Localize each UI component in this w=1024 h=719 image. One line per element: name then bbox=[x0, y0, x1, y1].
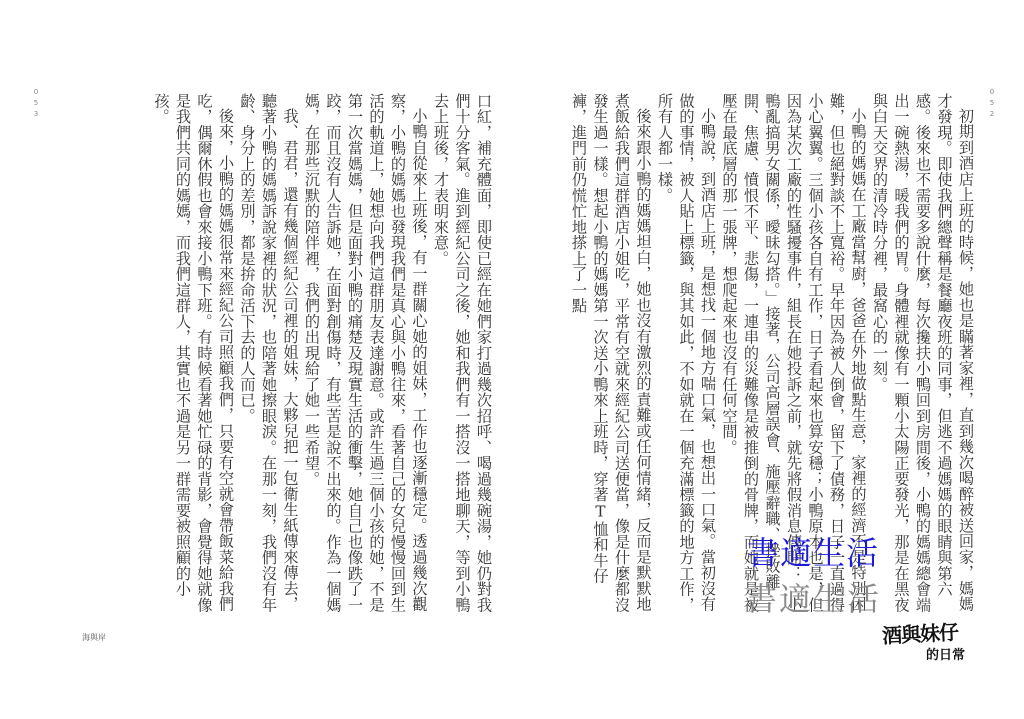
paragraph: 後來，小鴨的媽媽很常來經紀公司照顧我們，只要有空就會帶飯菜給我們吃，偶爾休假也會… bbox=[150, 93, 236, 613]
paragraph: 小鴨自從來上班後，有一群關心她的姐妹，工作也逐漸穩定。透過幾次觀察，小鴨的媽媽也… bbox=[301, 93, 430, 613]
paragraph: 我、君君，還有幾個經紀公司裡的姐妹，大夥兒把一包衛生紙傳來傳去，聽著小鴨的媽媽訴… bbox=[236, 93, 301, 613]
watermark-gray: 書適生活 bbox=[745, 582, 881, 616]
page-number-left: 053 bbox=[32, 88, 40, 121]
page-number-right: 052 bbox=[988, 88, 996, 121]
watermark-blue: 書適生活 bbox=[747, 536, 879, 570]
book-footer-title: 海與岸 bbox=[82, 632, 106, 643]
logo-line-2: 的日常 bbox=[926, 644, 965, 663]
book-logo: 酒與妹仔 的日常 bbox=[882, 618, 982, 670]
left-page-body: 口紅，補充體面，即使已經在她們家打過幾次招呼、喝過幾碗湯，她仍對我們十分客氣。進… bbox=[84, 93, 494, 613]
paragraph: 小鴨說，到酒店上班，是想找一個地方喘口氣，也想出一口氣。當初沒有做的事情，被人貼… bbox=[654, 93, 719, 613]
paragraph: 初期到酒店上班的時候，她也是瞞著家裡，直到幾次喝醉被送回家，媽媽才發現。即使我們… bbox=[869, 93, 977, 613]
paragraph: 口紅，補充體面，即使已經在她們家打過幾次招呼、喝過幾碗湯，她仍對我們十分客氣。進… bbox=[430, 93, 495, 613]
left-page: 053 口紅，補充體面，即使已經在她們家打過幾次招呼、喝過幾碗湯，她仍對我們十分… bbox=[0, 0, 512, 719]
paragraph: 後來跟小鴨的媽媽坦白，她也沒有激烈的責難或任何情緒，反而是默默地煮飯給我們這群酒… bbox=[568, 93, 654, 613]
